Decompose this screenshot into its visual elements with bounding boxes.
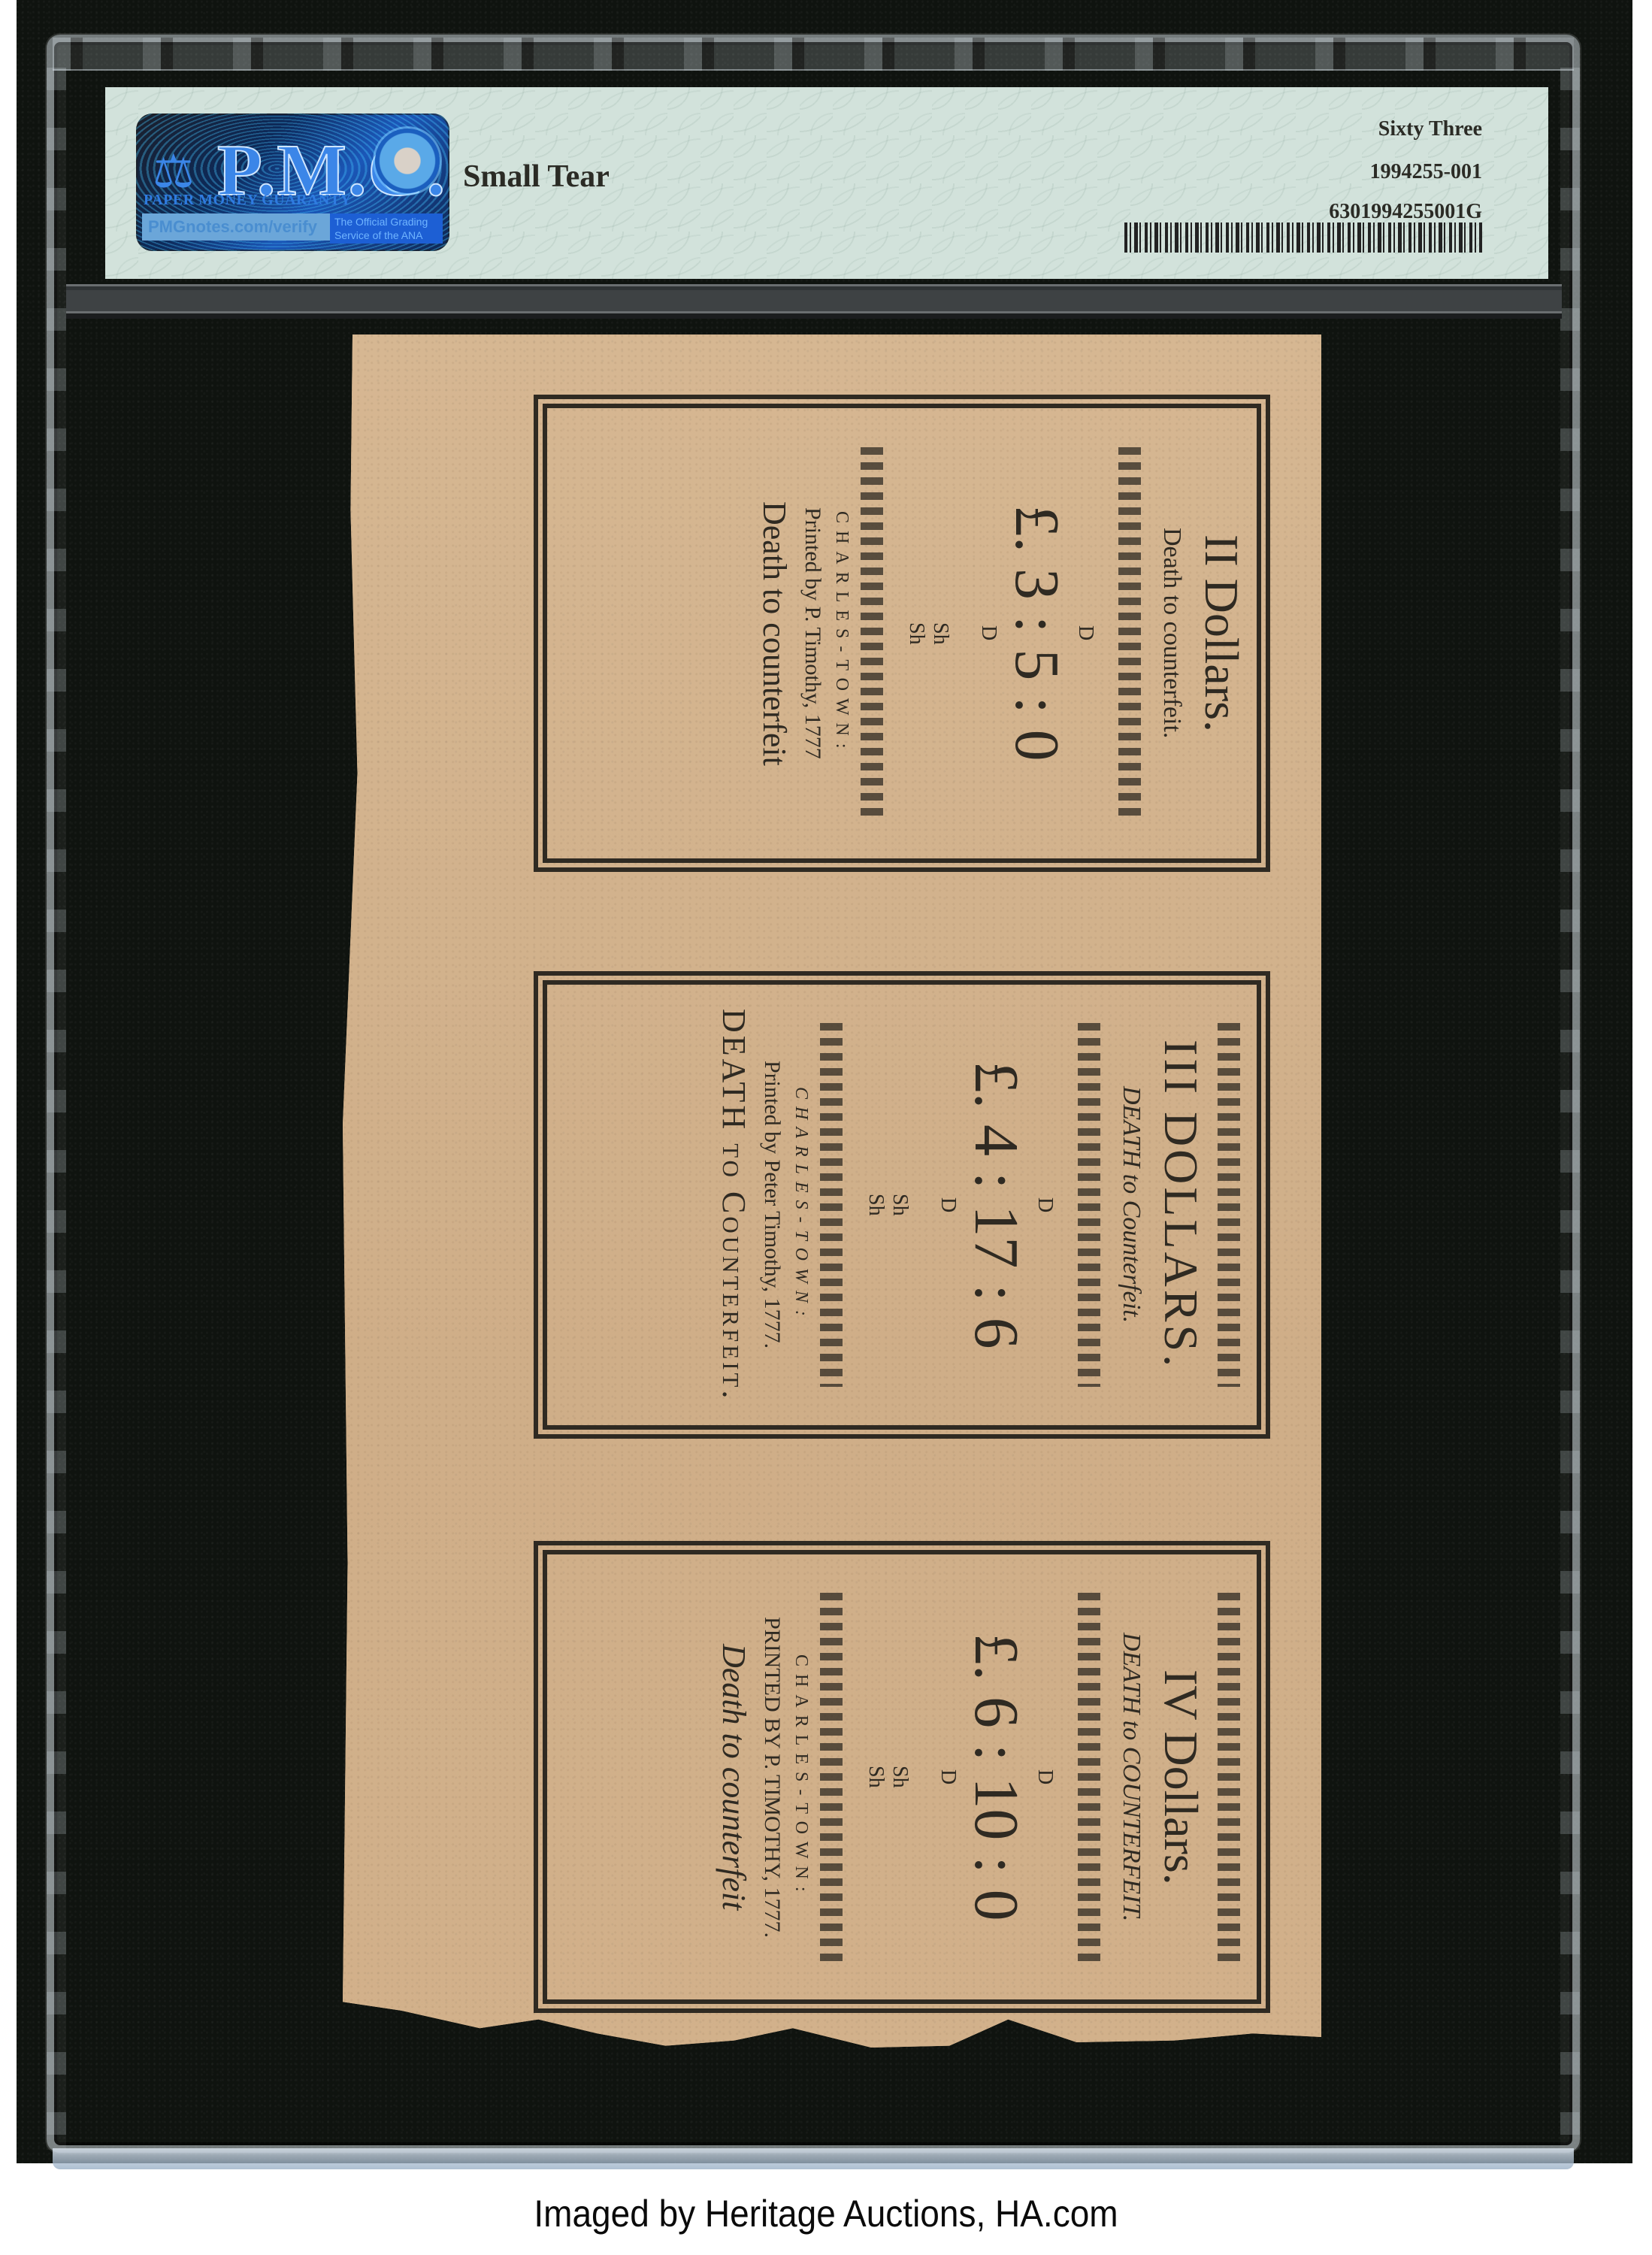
ornament-border-icon (1078, 1593, 1100, 1960)
note-value-column: D £. 4 : 17 : 6 D (936, 998, 1057, 1412)
barcode (1124, 222, 1482, 253)
shilling-mark: Sh (888, 1766, 912, 1788)
shilling-mark: Sh (864, 1194, 888, 1216)
note-shilling-column: Sh Sh (904, 422, 952, 845)
note-amount: £. 4 : 17 : 6 (960, 1061, 1033, 1349)
note-shilling-column: Sh Sh (864, 1568, 912, 1986)
note-town: CHARLES-TOWN: (791, 1568, 811, 1986)
pmg-hologram-logo: ⚖ P.M.G. PAPER MONEY GUARANTY PMGnotes.c… (136, 114, 449, 251)
pence-mark: D (936, 1769, 960, 1784)
grade-text: Sixty Three (1378, 117, 1482, 141)
ornament-border-icon (861, 447, 883, 819)
note-three-dollars: III DOLLARS. DEATH to Counterfeit. D £. … (534, 971, 1270, 1439)
note-two-dollars: II Dollars. Death to counterfeit. D £. 3… (534, 395, 1270, 872)
scales-icon: ⚖ (153, 144, 195, 199)
shilling-mark: Sh (864, 1766, 888, 1788)
barcode-number: 6301994255001G (1329, 200, 1482, 224)
note-warning-bottom: Death to counterfeit (715, 1568, 753, 1986)
image-credit: Imaged by Heritage Auctions, HA.com (66, 2172, 1586, 2255)
note-value-column: D £. 3 : 5 : 0 D (976, 422, 1097, 845)
pmg-tagline: PAPER MONEY GUARANTY (144, 192, 352, 209)
note-printer: Printed by P. Timothy, 1777 (800, 422, 825, 845)
holder-right-edge (1560, 68, 1580, 2150)
ornament-border-icon (1218, 1593, 1240, 1960)
label-comment: Small Tear (463, 159, 610, 195)
certification-label: ⚖ P.M.G. PAPER MONEY GUARANTY PMGnotes.c… (105, 87, 1548, 279)
note-amount: £. 3 : 5 : 0 (1000, 505, 1073, 761)
ornament-border-icon (1078, 1023, 1100, 1387)
pence-mark: D (976, 625, 1000, 640)
holder-left-edge (47, 68, 66, 2150)
shilling-mark: Sh (928, 622, 952, 645)
note-denomination: IV Dollars. (1153, 1568, 1209, 1986)
ornament-border-icon (820, 1593, 843, 1960)
note-warning-bottom: Death to counterfeit (755, 422, 794, 845)
pence-mark: D (1033, 1769, 1057, 1784)
holder-top-ridge (53, 38, 1574, 71)
note-printer: PRINTED BY P. TIMOTHY, 1777. (759, 1568, 785, 1986)
hologram-seal-icon (375, 129, 440, 193)
shilling-mark: Sh (888, 1194, 912, 1216)
note-warning-top: DEATH to Counterfeit. (1117, 998, 1145, 1412)
note-denomination: II Dollars. (1194, 422, 1249, 845)
ana-statement: The Official Grading Service of the ANA (330, 213, 443, 244)
ornament-border-icon (1118, 447, 1141, 819)
verify-url: PMGnotes.com/verify (142, 213, 330, 241)
note-warning-top: DEATH to COUNTERFEIT. (1117, 1568, 1145, 1986)
note-amount: £. 6 : 10 : 0 (960, 1633, 1033, 1921)
note-shilling-column: Sh Sh (864, 998, 912, 1412)
ornament-border-icon (1218, 1023, 1240, 1387)
note-warning-bottom: DEATH to Counterfeit. (715, 998, 753, 1412)
pence-mark: D (936, 1197, 960, 1212)
note-printer: Printed by Peter Timothy, 1777. (759, 998, 785, 1412)
cert-number: 1994255-001 (1370, 160, 1482, 184)
note-four-dollars: IV Dollars. DEATH to COUNTERFEIT. D £. 6… (534, 1541, 1270, 2013)
ornament-border-icon (820, 1023, 843, 1387)
holder-bottom-ridge (53, 2148, 1574, 2169)
note-town: CHARLES-TOWN: (791, 998, 811, 1412)
holder-separator-rail (66, 284, 1562, 319)
shilling-mark: Sh (904, 622, 928, 645)
note-town: CHARLES-TOWN: (831, 422, 852, 845)
note-warning-top: Death to counterfeit. (1157, 422, 1186, 845)
note-value-column: D £. 6 : 10 : 0 D (936, 1568, 1057, 1986)
pence-mark: D (1073, 625, 1097, 640)
note-denomination: III DOLLARS. (1153, 998, 1209, 1412)
pence-mark: D (1033, 1197, 1057, 1212)
